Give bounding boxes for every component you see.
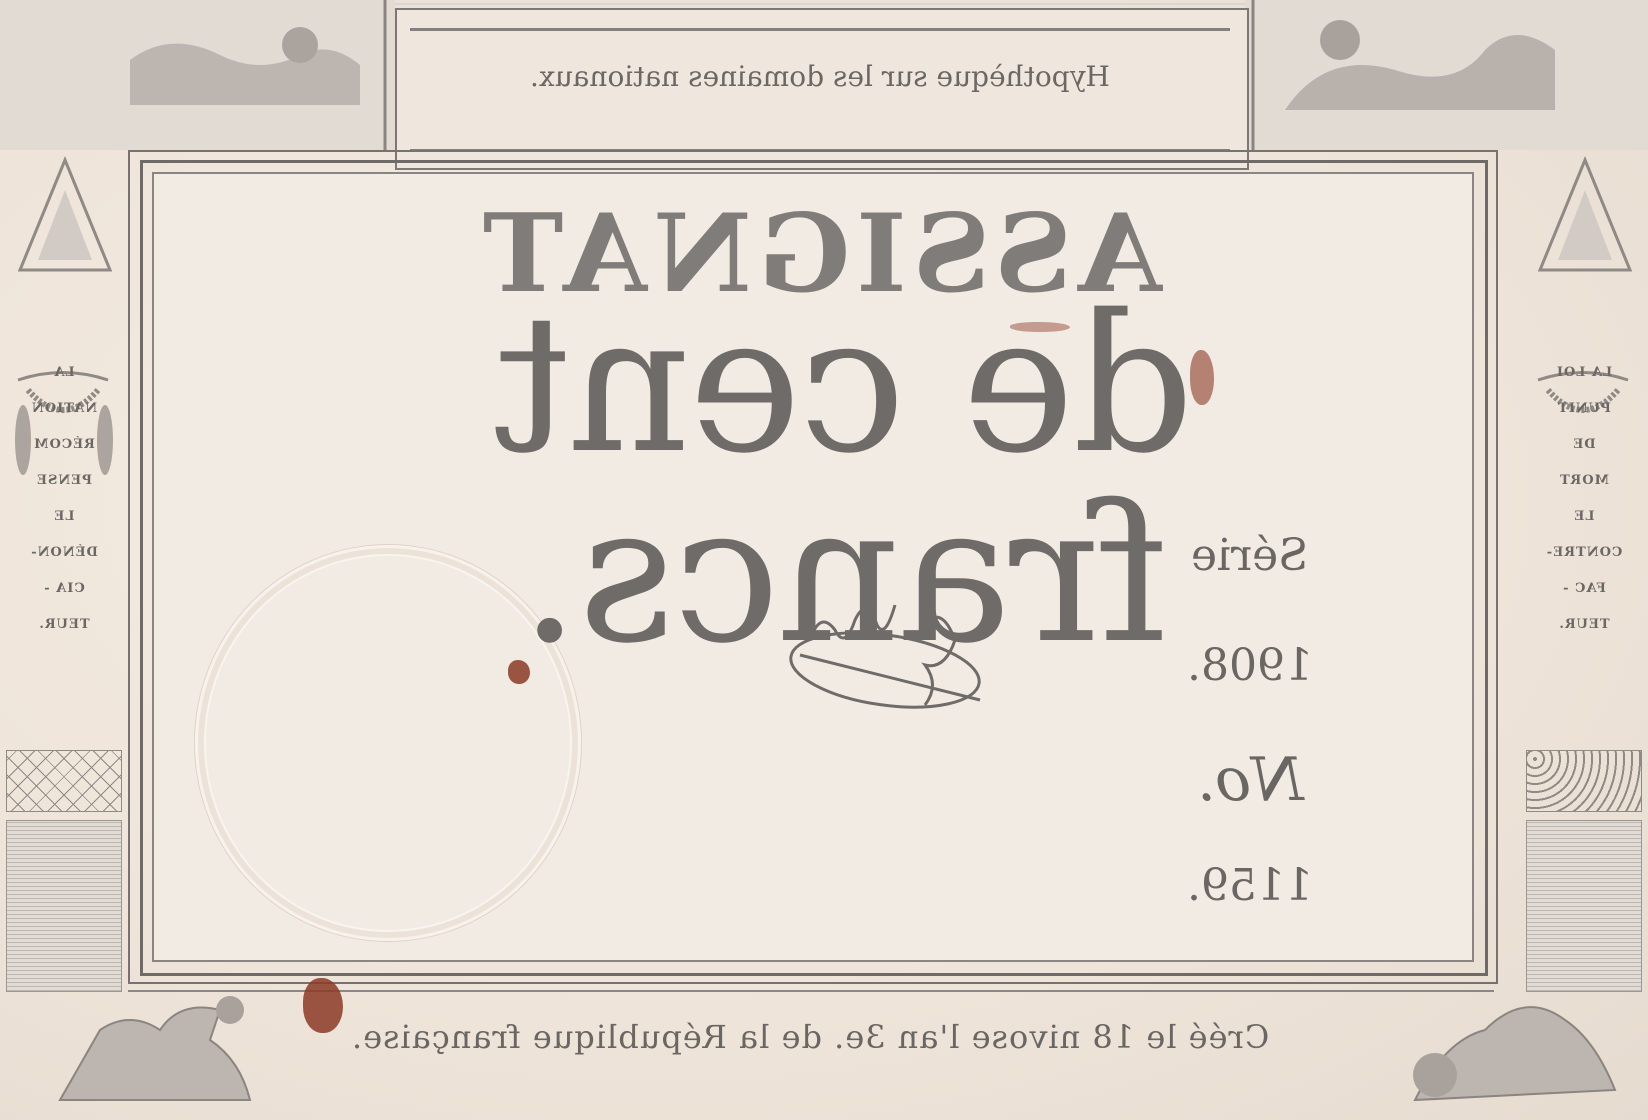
rust-stain bbox=[1010, 322, 1070, 332]
number-label: No. bbox=[1170, 745, 1330, 815]
right-column-text: LA LOI PUNIT DE MORT LE CONTRE- FAC - TE… bbox=[1520, 355, 1648, 643]
rings-ornament bbox=[1526, 750, 1642, 812]
bottom-right-vignette-icon bbox=[1395, 990, 1625, 1115]
serie-label: Série bbox=[1170, 530, 1330, 581]
column-base-panel bbox=[6, 820, 122, 992]
number-value: 1159. bbox=[1170, 860, 1330, 911]
top-right-vignette-icon bbox=[1245, 0, 1648, 150]
assignat-banknote: LA NATION RÉCOM PENSE LE DÉNON- CIA - TE… bbox=[0, 0, 1648, 1120]
column-base-panel bbox=[1526, 820, 1642, 992]
top-left-vignette-icon bbox=[0, 0, 395, 150]
pediment-icon bbox=[1530, 150, 1640, 300]
rust-stain bbox=[1190, 350, 1214, 405]
serie-value: 1908. bbox=[1170, 640, 1330, 691]
left-column-text: LA NATION RÉCOM PENSE LE DÉNON- CIA - TE… bbox=[0, 355, 128, 643]
signature-icon bbox=[770, 580, 990, 720]
top-label-text: Hypothèque sur les domaines nationaux. bbox=[410, 60, 1230, 93]
bottom-creation-text: Créé le 18 nivose l'an 3e. de la Républi… bbox=[270, 1018, 1350, 1056]
lattice-ornament bbox=[6, 750, 122, 812]
bottom-left-vignette-icon bbox=[40, 990, 270, 1115]
left-ornament-column: LA NATION RÉCOM PENSE LE DÉNON- CIA - TE… bbox=[0, 150, 128, 1000]
right-ornament-column: LA LOI PUNIT DE MORT LE CONTRE- FAC - TE… bbox=[1520, 150, 1648, 1000]
rust-stain bbox=[508, 660, 530, 684]
rust-stain bbox=[303, 978, 343, 1033]
pediment-icon bbox=[10, 150, 120, 300]
